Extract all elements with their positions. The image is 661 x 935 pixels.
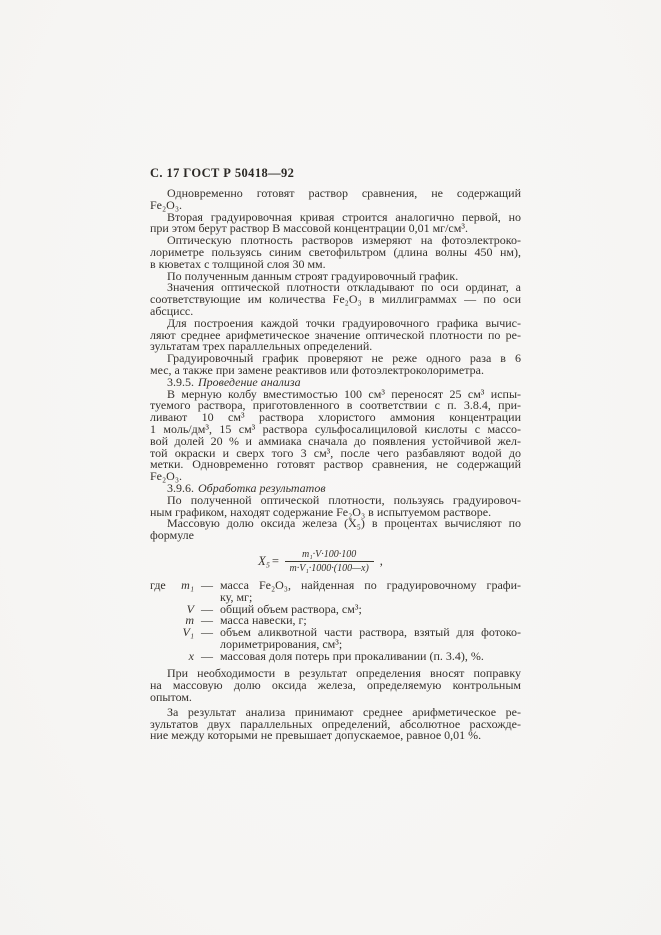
equals-sign: = — [271, 556, 279, 568]
scanned-document-page: С. 17 ГОСТ Р 50418—92 Одновременно готов… — [0, 0, 661, 935]
formula: X₅=m₁·V·100·100m·V₁·1000·(100—x), — [150, 542, 521, 580]
paragraph: Одновременно готовят раствор сравнения, … — [150, 188, 521, 212]
paragraph: Массовую долю оксида железа (X₅) в проце… — [150, 518, 521, 542]
text-line: Одновременно готовят раствор сравнения, … — [150, 188, 521, 200]
definition-lead-word: где — [150, 580, 174, 604]
text-line: масса Fe₂O₃, найденная по градуировочном… — [220, 580, 521, 592]
definition-term: m₁ — [174, 580, 194, 604]
paragraph: За результат анализа принимают среднее а… — [150, 707, 521, 742]
formula-denominator: m·V₁·1000·(100—x) — [285, 561, 374, 574]
paragraph: Значения оптической плотности откладываю… — [150, 282, 521, 317]
definition-text: объем аликвотной части раствора, взятый … — [220, 627, 521, 651]
text-line: на массовую долю оксида железа, определя… — [150, 680, 521, 692]
paragraph: Вторая градуировочная кривая строится ан… — [150, 212, 521, 236]
paragraph: При необходимости в результат определени… — [150, 668, 521, 703]
definition-row: гдеm₁—масса Fe₂O₃, найденная по градуиро… — [150, 580, 521, 604]
text-line: опытом. — [150, 692, 521, 704]
fraction: m₁·V·100·100m·V₁·1000·(100—x) — [285, 549, 374, 574]
text-line: Массовую долю оксида железа (X₅) в проце… — [150, 518, 521, 530]
formula-trailing-comma: , — [380, 556, 383, 568]
formula-left-side: X₅ — [258, 556, 270, 568]
paragraph: Для построения каждой точки градуировочн… — [150, 318, 521, 353]
paragraph: Оптическую плотность растворов измеряют … — [150, 235, 521, 270]
page-header: С. 17 ГОСТ Р 50418—92 — [150, 166, 294, 181]
text-line: формуле — [150, 530, 521, 542]
text-line: соответствующие им количества Fe₂O₃ в ми… — [150, 294, 521, 306]
dash-separator: — — [194, 651, 220, 663]
definition-text: массовая доля потерь при прокаливании (п… — [220, 651, 521, 663]
definition-term: V₁ — [174, 627, 194, 651]
text-line: массовая доля потерь при прокаливании (п… — [220, 651, 521, 663]
definition-row: V₁—объем аликвотной части раствора, взят… — [150, 627, 521, 651]
definition-term: x — [174, 651, 194, 663]
dash-separator: — — [194, 580, 220, 604]
definition-lead-word — [150, 604, 174, 616]
text-line: ние между которыми не превышает допускае… — [150, 730, 521, 742]
formula-numerator: m₁·V·100·100 — [285, 549, 374, 561]
paragraph: По полученной оптической плотности, поль… — [150, 495, 521, 519]
paragraph: В мерную колбу вместимостью 100 см³ пере… — [150, 389, 521, 483]
definition-list: гдеm₁—масса Fe₂O₃, найденная по градуиро… — [150, 580, 521, 663]
document-body: Одновременно готовят раствор сравнения, … — [150, 188, 521, 742]
paragraph: Градуировочный график проверяют не реже … — [150, 353, 521, 377]
dash-separator: — — [194, 627, 220, 651]
definition-row: x—массовая доля потерь при прокаливании … — [150, 651, 521, 663]
definition-text: масса Fe₂O₃, найденная по градуировочном… — [220, 580, 521, 604]
definition-lead-word — [150, 651, 174, 663]
definition-lead-word — [150, 627, 174, 651]
definition-lead-word — [150, 615, 174, 627]
text-line: метки. Одновременно готовят раствор срав… — [150, 459, 521, 471]
